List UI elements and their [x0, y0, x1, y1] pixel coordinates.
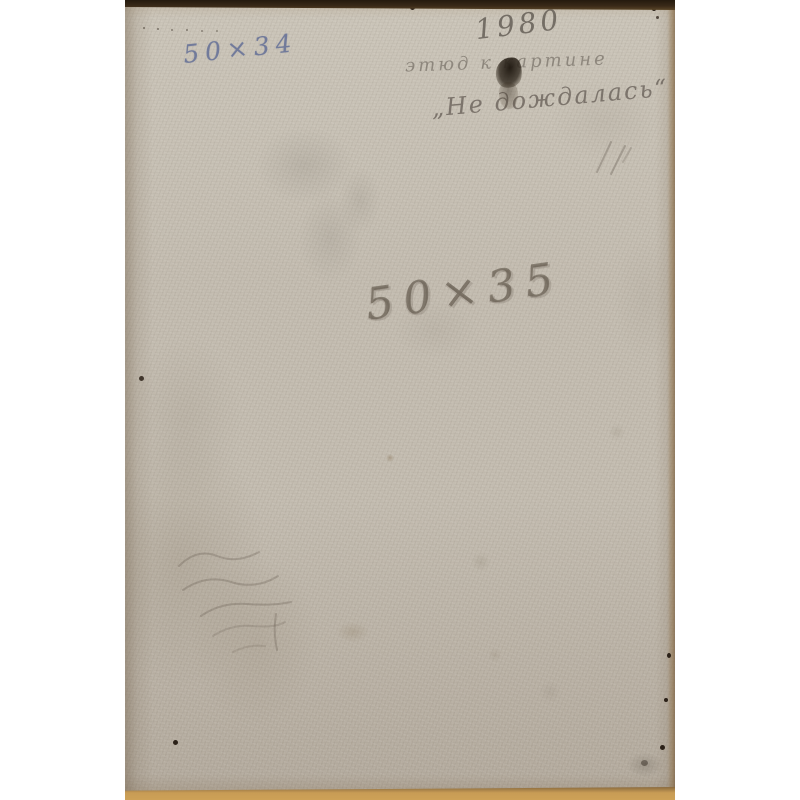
canvas-fold-right-edge	[667, 8, 675, 788]
tack-spot	[664, 698, 668, 702]
dark-speck	[139, 376, 144, 381]
dark-speck	[173, 740, 178, 745]
dotted-mark	[201, 30, 203, 32]
tack-spot	[667, 653, 671, 658]
dark-smudge	[641, 760, 648, 766]
dark-speck	[656, 16, 659, 19]
canvas-edge-shading	[125, 0, 675, 800]
artwork-photo: 50×34 1980 этюд к картине „Не дождалась“…	[125, 0, 675, 800]
faint-pencil-marks	[587, 132, 639, 180]
dotted-mark	[143, 27, 145, 29]
dotted-mark	[157, 28, 159, 30]
ink-blot-tail	[499, 82, 518, 109]
dotted-mark	[186, 29, 188, 31]
canvas-back: 50×34 1980 этюд к картине „Не дождалась“…	[125, 0, 675, 800]
tack-spot	[660, 745, 665, 750]
dotted-mark	[216, 30, 218, 32]
pencil-scribbles	[173, 532, 338, 667]
dotted-mark	[171, 29, 173, 31]
page-background: { "scene": { "description": "Photograph …	[0, 0, 800, 800]
